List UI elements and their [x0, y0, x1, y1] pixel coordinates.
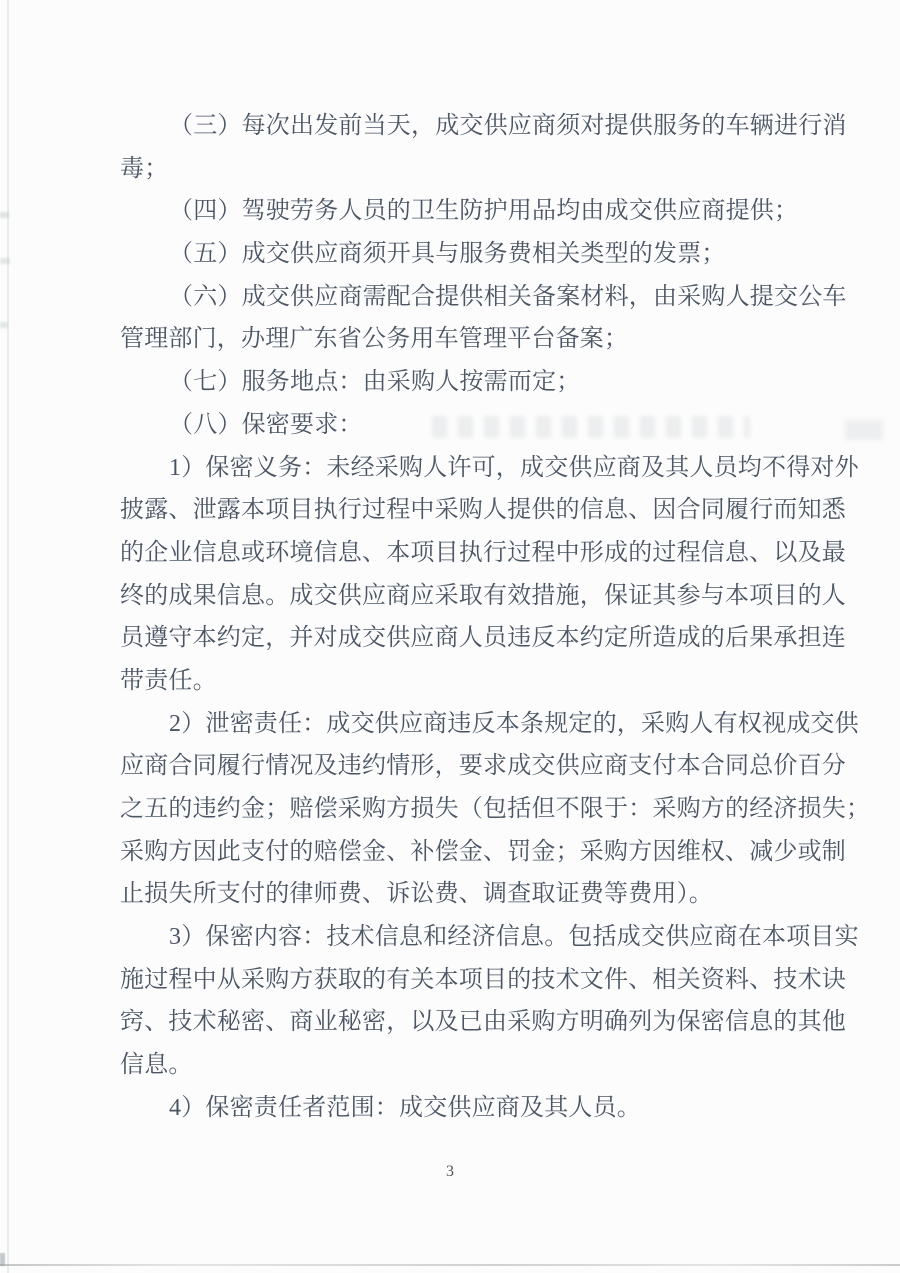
text-line: 应商合同履行情况及违约情形，要求成交供应商支付本合同总价百分 [120, 745, 820, 788]
text-line: 信息。 [120, 1044, 820, 1087]
text-line: 的企业信息或环境信息、本项目执行过程中形成的过程信息、以及最 [120, 532, 820, 575]
text-line: 管理部门，办理广东省公务用车管理平台备案； [120, 318, 820, 361]
document-page: （三）每次出发前当天，成交供应商须对提供服务的车辆进行消 毒； （四）驾驶劳务人… [0, 0, 900, 1273]
text-line: 窍、技术秘密、商业秘密，以及已由采购方明确列为保密信息的其他 [120, 1001, 820, 1044]
scan-artifact-bottom-edge-line [0, 1264, 900, 1266]
document-body: （三）每次出发前当天，成交供应商须对提供服务的车辆进行消 毒； （四）驾驶劳务人… [120, 105, 820, 1130]
text-line: 员遵守本约定，并对成交供应商人员违反本约定所造成的后果承担连 [120, 617, 820, 660]
text-line: （八）保密要求： [120, 404, 820, 447]
text-line: 毒； [120, 148, 820, 191]
text-line: 止损失所支付的律师费、诉讼费、调查取证费等费用）。 [120, 873, 820, 916]
text-line: 终的成果信息。成交供应商应采取有效措施，保证其参与本项目的人 [120, 575, 820, 618]
text-line: 1）保密义务：未经采购人许可，成交供应商及其人员均不得对外 [120, 447, 820, 490]
scan-artifact-ghost-blob [845, 420, 883, 440]
text-line: 带责任。 [120, 660, 820, 703]
scan-artifact-left-blob [0, 258, 10, 264]
scan-artifact-left-edge-line [7, 0, 9, 1273]
text-line: 披露、泄露本项目执行过程中采购人提供的信息、因合同履行而知悉 [120, 489, 820, 532]
text-line: （四）驾驶劳务人员的卫生防护用品均由成交供应商提供； [120, 190, 820, 233]
text-line: （三）每次出发前当天，成交供应商须对提供服务的车辆进行消 [120, 105, 820, 148]
text-line: 4）保密责任者范围：成交供应商及其人员。 [120, 1087, 820, 1130]
text-line: （六）成交供应商需配合提供相关备案材料，由采购人提交公车 [120, 276, 820, 319]
text-line: 施过程中从采购方获取的有关本项目的技术文件、相关资料、技术诀 [120, 959, 820, 1002]
text-line: 采购方因此支付的赔偿金、补偿金、罚金；采购方因维权、减少或制 [120, 831, 820, 874]
scan-artifact-left-blob [0, 212, 9, 218]
text-line: 3）保密内容：技术信息和经济信息。包括成交供应商在本项目实 [120, 916, 820, 959]
text-line: 之五的违约金；赔偿采购方损失（包括但不限于：采购方的经济损失； [120, 788, 820, 831]
text-line: 2）泄密责任：成交供应商违反本条规定的，采购人有权视成交供 [120, 703, 820, 746]
scan-artifact-left-blob [0, 322, 8, 328]
text-line: （五）成交供应商须开具与服务费相关类型的发票； [120, 233, 820, 276]
text-line: （七）服务地点：由采购人按需而定； [120, 361, 820, 404]
scan-artifact-left-blob [0, 1253, 5, 1266]
page-number: 3 [0, 1163, 900, 1181]
